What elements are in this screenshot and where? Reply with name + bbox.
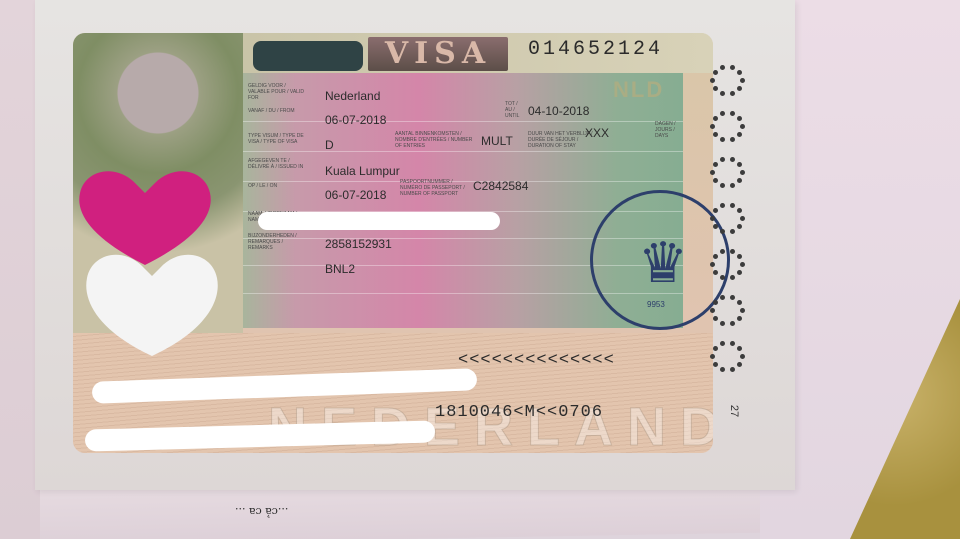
coat-of-arms-icon: ♛ [628, 228, 698, 298]
value-from: 06-07-2018 [325, 113, 386, 127]
value-passport-number: C2842584 [473, 179, 528, 193]
label-remarks: Bijzonderheden / Remarques / Remarks [248, 233, 308, 251]
page-number: 27 [728, 405, 740, 417]
value-valid-for: Nederland [325, 89, 380, 103]
background-handwriting: ...cả ca ... [235, 505, 288, 518]
label-from: Vanaf / Du / From [248, 108, 308, 114]
label-valid-for: Geldig voor / Valable pour / Valid for [248, 83, 308, 101]
security-stripe [253, 41, 363, 71]
label-entries: Aantal binnenkomsten / Nombre d'entrées … [395, 131, 475, 149]
value-remarks-1: 2858152931 [325, 237, 392, 251]
label-issued-on: Op / Le / On [248, 183, 308, 189]
label-issued-in: Afgegeven te / Délivré à / Issued in [248, 158, 308, 170]
value-entries: MULT [481, 134, 513, 148]
perforated-number [700, 60, 760, 400]
value-type: D [325, 138, 334, 152]
value-remarks-2: BNL2 [325, 262, 355, 276]
label-passport-number: Paspoortnummer / Numéro de passeport / N… [400, 179, 475, 197]
country-code: NLD [613, 77, 664, 103]
white-heart-sticker [82, 248, 222, 360]
mrz-line-1: <<<<<<<<<<<<<< [458, 351, 615, 370]
visa-title: VISA [368, 37, 508, 71]
mrz-line-2: 1810046<M<<0706 [435, 403, 603, 422]
label-days: Dagen / Jours / Days [655, 121, 683, 139]
value-issued-on: 06-07-2018 [325, 188, 386, 202]
stamp-number: 9953 [647, 300, 665, 309]
value-duration: XXX [585, 126, 609, 140]
redaction-name [258, 212, 500, 230]
label-type: Type visum / Type de visa / Type of visa [248, 133, 308, 145]
label-until: Tot / Au / Until [505, 101, 525, 119]
value-until: 04-10-2018 [528, 104, 589, 118]
value-issued-in: Kuala Lumpur [325, 164, 400, 178]
visa-number: 014652124 [528, 38, 663, 61]
